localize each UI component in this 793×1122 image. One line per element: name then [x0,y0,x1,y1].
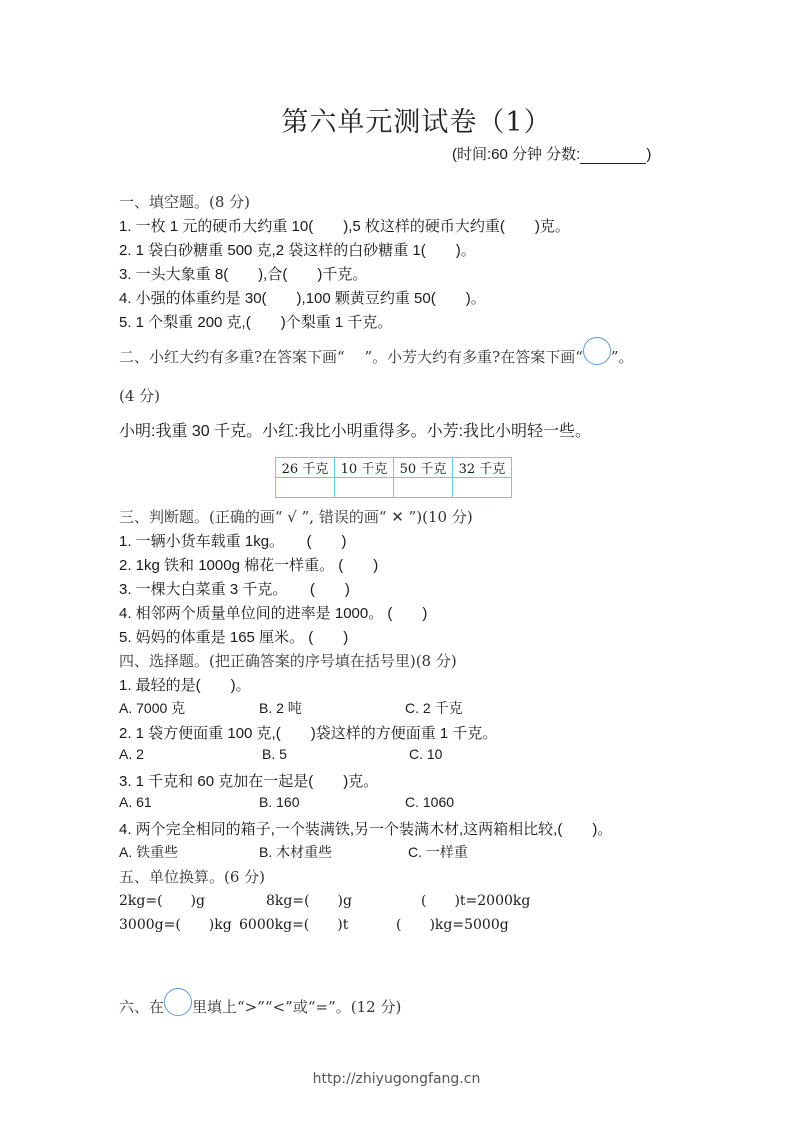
q4-option-b: B. 木材重些 [259,842,332,862]
conversion-2: 8kg=( )g [266,890,352,910]
answer-cell[interactable] [335,478,394,498]
option-cell: 26 千克 [276,458,335,478]
section4-question-1: 1. 最轻的是( )。 [119,674,251,695]
section6-heading-text: 六、在 [119,998,164,1016]
section2-statement: 小明:我重 30 千克。小红:我比小明重得多。小芳:我比小明轻一些。 [119,418,591,441]
q1-option-c: C. 2 千克 [405,698,463,718]
section1-heading: 一、填空题。(8 分) [119,191,250,212]
time-score-line: (时间:60 分钟 分数:) [452,143,651,164]
section3-item-3: 3. 一棵大白菜重 3 千克。 ( ) [119,578,350,599]
footer-url: http://zhiyugongfang.cn [0,1071,793,1087]
conversion-3: ( )t=2000kg [421,890,530,910]
section2-heading-end: ”。 [611,348,634,366]
section3-item-4: 4. 相邻两个质量单位间的进率是 1000。 ( ) [119,602,427,623]
q2-option-a: A. 2 [119,746,144,762]
section2-heading: 二、小红大约有多重?在答案下画“ ”。小芳大约有多重?在答案下画“”。 [119,346,634,367]
time-score-close: ) [646,146,651,163]
option-cell: 32 千克 [453,458,512,478]
section1-item-2: 2. 1 袋白砂糖重 500 克,2 袋这样的白砂糖重 1( )。 [119,239,476,260]
answer-cell[interactable] [276,478,335,498]
section1-item-5: 5. 1 个梨重 200 克,( )个梨重 1 千克。 [119,311,392,332]
time-score-label: (时间:60 分钟 分数: [452,146,580,163]
answer-row [276,478,512,498]
conversion-6: ( )kg=5000g [396,914,509,934]
page-title: 第六单元测试卷（1） [0,100,793,139]
q4-option-c: C. 一样重 [408,842,468,862]
section6-heading-end: 里填上“>”“<”或“=”。(12 分) [192,998,401,1016]
circle-icon [164,988,192,1016]
options-row: 26 千克 10 千克 50 千克 32 千克 [276,458,512,478]
option-cell: 50 千克 [394,458,453,478]
section2-heading-text: 二、小红大约有多重?在答案下画“ ”。小芳大约有多重?在答案下画“ [119,348,583,366]
section6-heading: 六、在里填上“>”“<”或“=”。(12 分) [119,996,401,1017]
q2-option-c: C. 10 [409,746,442,762]
conversion-4: 3000g=( )kg [119,914,232,934]
conversion-1: 2kg=( )g [119,890,205,910]
section1-item-4: 4. 小强的体重约是 30( ),100 颗黄豆约重 50( )。 [119,287,486,308]
section1-item-3: 3. 一头大象重 8( ),合( )千克。 [119,263,367,284]
section3-item-2: 2. 1kg 铁和 1000g 棉花一样重。 ( ) [119,554,378,575]
weight-options-table: 26 千克 10 千克 50 千克 32 千克 [275,457,512,498]
q3-option-b: B. 160 [259,794,299,810]
answer-cell[interactable] [394,478,453,498]
section4-heading: 四、选择题。(把正确答案的序号填在括号里)(8 分) [119,650,457,671]
q2-option-b: B. 5 [262,746,287,762]
answer-cell[interactable] [453,478,512,498]
section5-heading: 五、单位换算。(6 分) [119,866,265,887]
section4-question-3: 3. 1 千克和 60 克加在一起是( )克。 [119,770,378,791]
q1-option-a: A. 7000 克 [119,698,185,718]
option-cell: 10 千克 [335,458,394,478]
section4-question-4: 4. 两个完全相同的箱子,一个装满铁,另一个装满木材,这两箱相比较,( )。 [119,818,612,839]
score-blank[interactable] [580,149,646,164]
section3-heading: 三、判断题。(正确的画“ √ ”, 错误的画“ ✕ ”)(10 分) [119,506,473,527]
q3-option-c: C. 1060 [405,794,454,810]
conversion-5: 6000kg=( )t [239,914,348,934]
section1-item-1: 1. 一枚 1 元的硬币大约重 10( ),5 枚这样的硬币大约重( )克。 [119,215,570,236]
q4-option-a: A. 铁重些 [119,842,178,862]
section3-item-1: 1. 一辆小货车载重 1kg。 ( ) [119,530,347,551]
section2-score: (4 分) [119,385,160,406]
section3-item-5: 5. 妈妈的体重是 165 厘米。 ( ) [119,626,348,647]
circle-icon [583,337,611,365]
q1-option-b: B. 2 吨 [259,698,302,718]
section4-question-2: 2. 1 袋方便面重 100 克,( )袋这样的方便面重 1 千克。 [119,722,497,743]
q3-option-a: A. 61 [119,794,152,810]
